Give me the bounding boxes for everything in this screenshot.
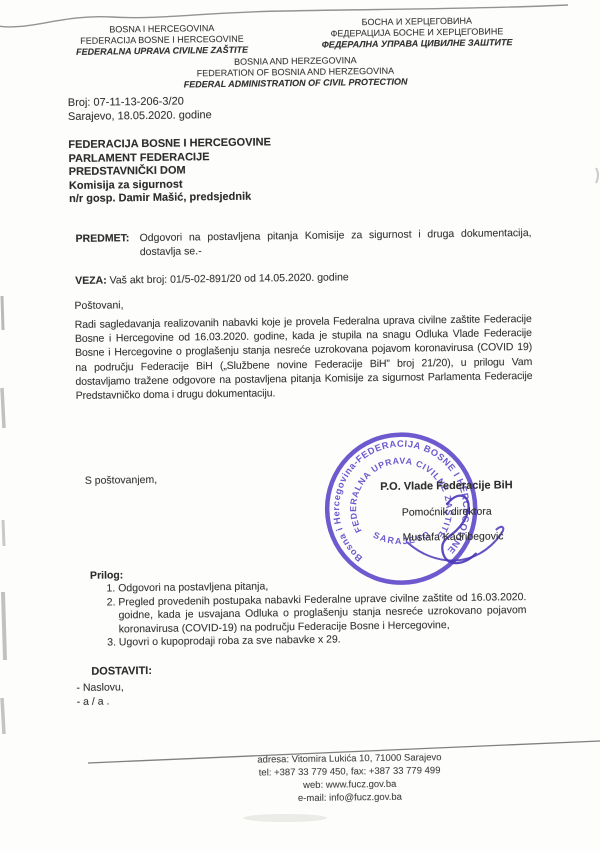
distribution-item: - a / a . [77,695,124,709]
letterhead-bosnian: BOSNA I HERCEGOVINA FEDERACIJA BOSNE I H… [47,22,277,58]
attachments-label: Prilog: [90,569,123,581]
closing-phrase: S poštovanjem, [85,474,158,487]
attachment-item: Pregled provedenih postupaka nabavki Fed… [118,591,526,637]
letter-content: BOSNA I HERCEGOVINA FEDERACIJA BOSNE I H… [0,0,600,851]
scanned-letter-page: BOSNA I HERCEGOVINA FEDERACIJA BOSNE I H… [0,0,600,851]
letterhead-cyrillic: БОСНА И ХЕРЦЕГОВИНА ФЕДЕРАЦИЈА БОСНЕ И Х… [287,15,547,51]
recipient-line: n/r gosp. Damir Mašić, predsjednik [69,190,272,206]
subject-label: PREDMET: [76,231,140,260]
veza-label: VEZA: [75,275,107,287]
distribution-item: - Naslovu, [76,681,123,695]
recipient-block: FEDERACIJA BOSNE I HERCEGOVINE PARLAMENT… [68,136,271,206]
veza-text: Vaš akt broj: 01/5-02-891/20 od 14.05.20… [107,271,349,286]
signature-title-line: Pomoćnik direktora [369,505,524,519]
body-paragraph: Radi sagledavanja realizovanih nabavki k… [75,312,533,403]
signature-name-line: Mustafa Kadribegović [375,530,530,544]
attachments-list: Odgovori na postavljena pitanja, Pregled… [94,577,527,650]
recipient-line: FEDERACIJA BOSNE I HERCEGOVINE [68,136,271,152]
veza-row: VEZA: Vaš akt broj: 01/5-02-891/20 od 14… [75,271,349,287]
salutation: Poštovani, [74,299,123,312]
subject-text: Odgovori na postavljena pitanja Komisije… [140,226,532,259]
distribution-label: DOSTAVITI: [91,665,152,678]
footer-contact-block: adresa: Vitomira Lukića 10, 71000 Saraje… [124,749,575,807]
distribution-list: - Naslovu, - a / a . [76,681,124,709]
reference-date: Sarajevo, 18.05.2020. godine [68,109,212,124]
letterhead-english: BOSNIA AND HERZEGOVINA FEDERATION OF BOS… [145,54,445,91]
reference-block: Broj: 07-11-13-206-3/20 Sarajevo, 18.05.… [68,95,212,124]
subject-row: PREDMET: Odgovori na postavljena pitanja… [76,226,532,260]
signature-authority-line: P.O. Vlade Federacije BiH [369,479,524,493]
letterhead-org-name: ФЕДЕРАЛНА УПРАВА ЦИВИЛНЕ ЗАШТИТЕ [287,37,547,51]
